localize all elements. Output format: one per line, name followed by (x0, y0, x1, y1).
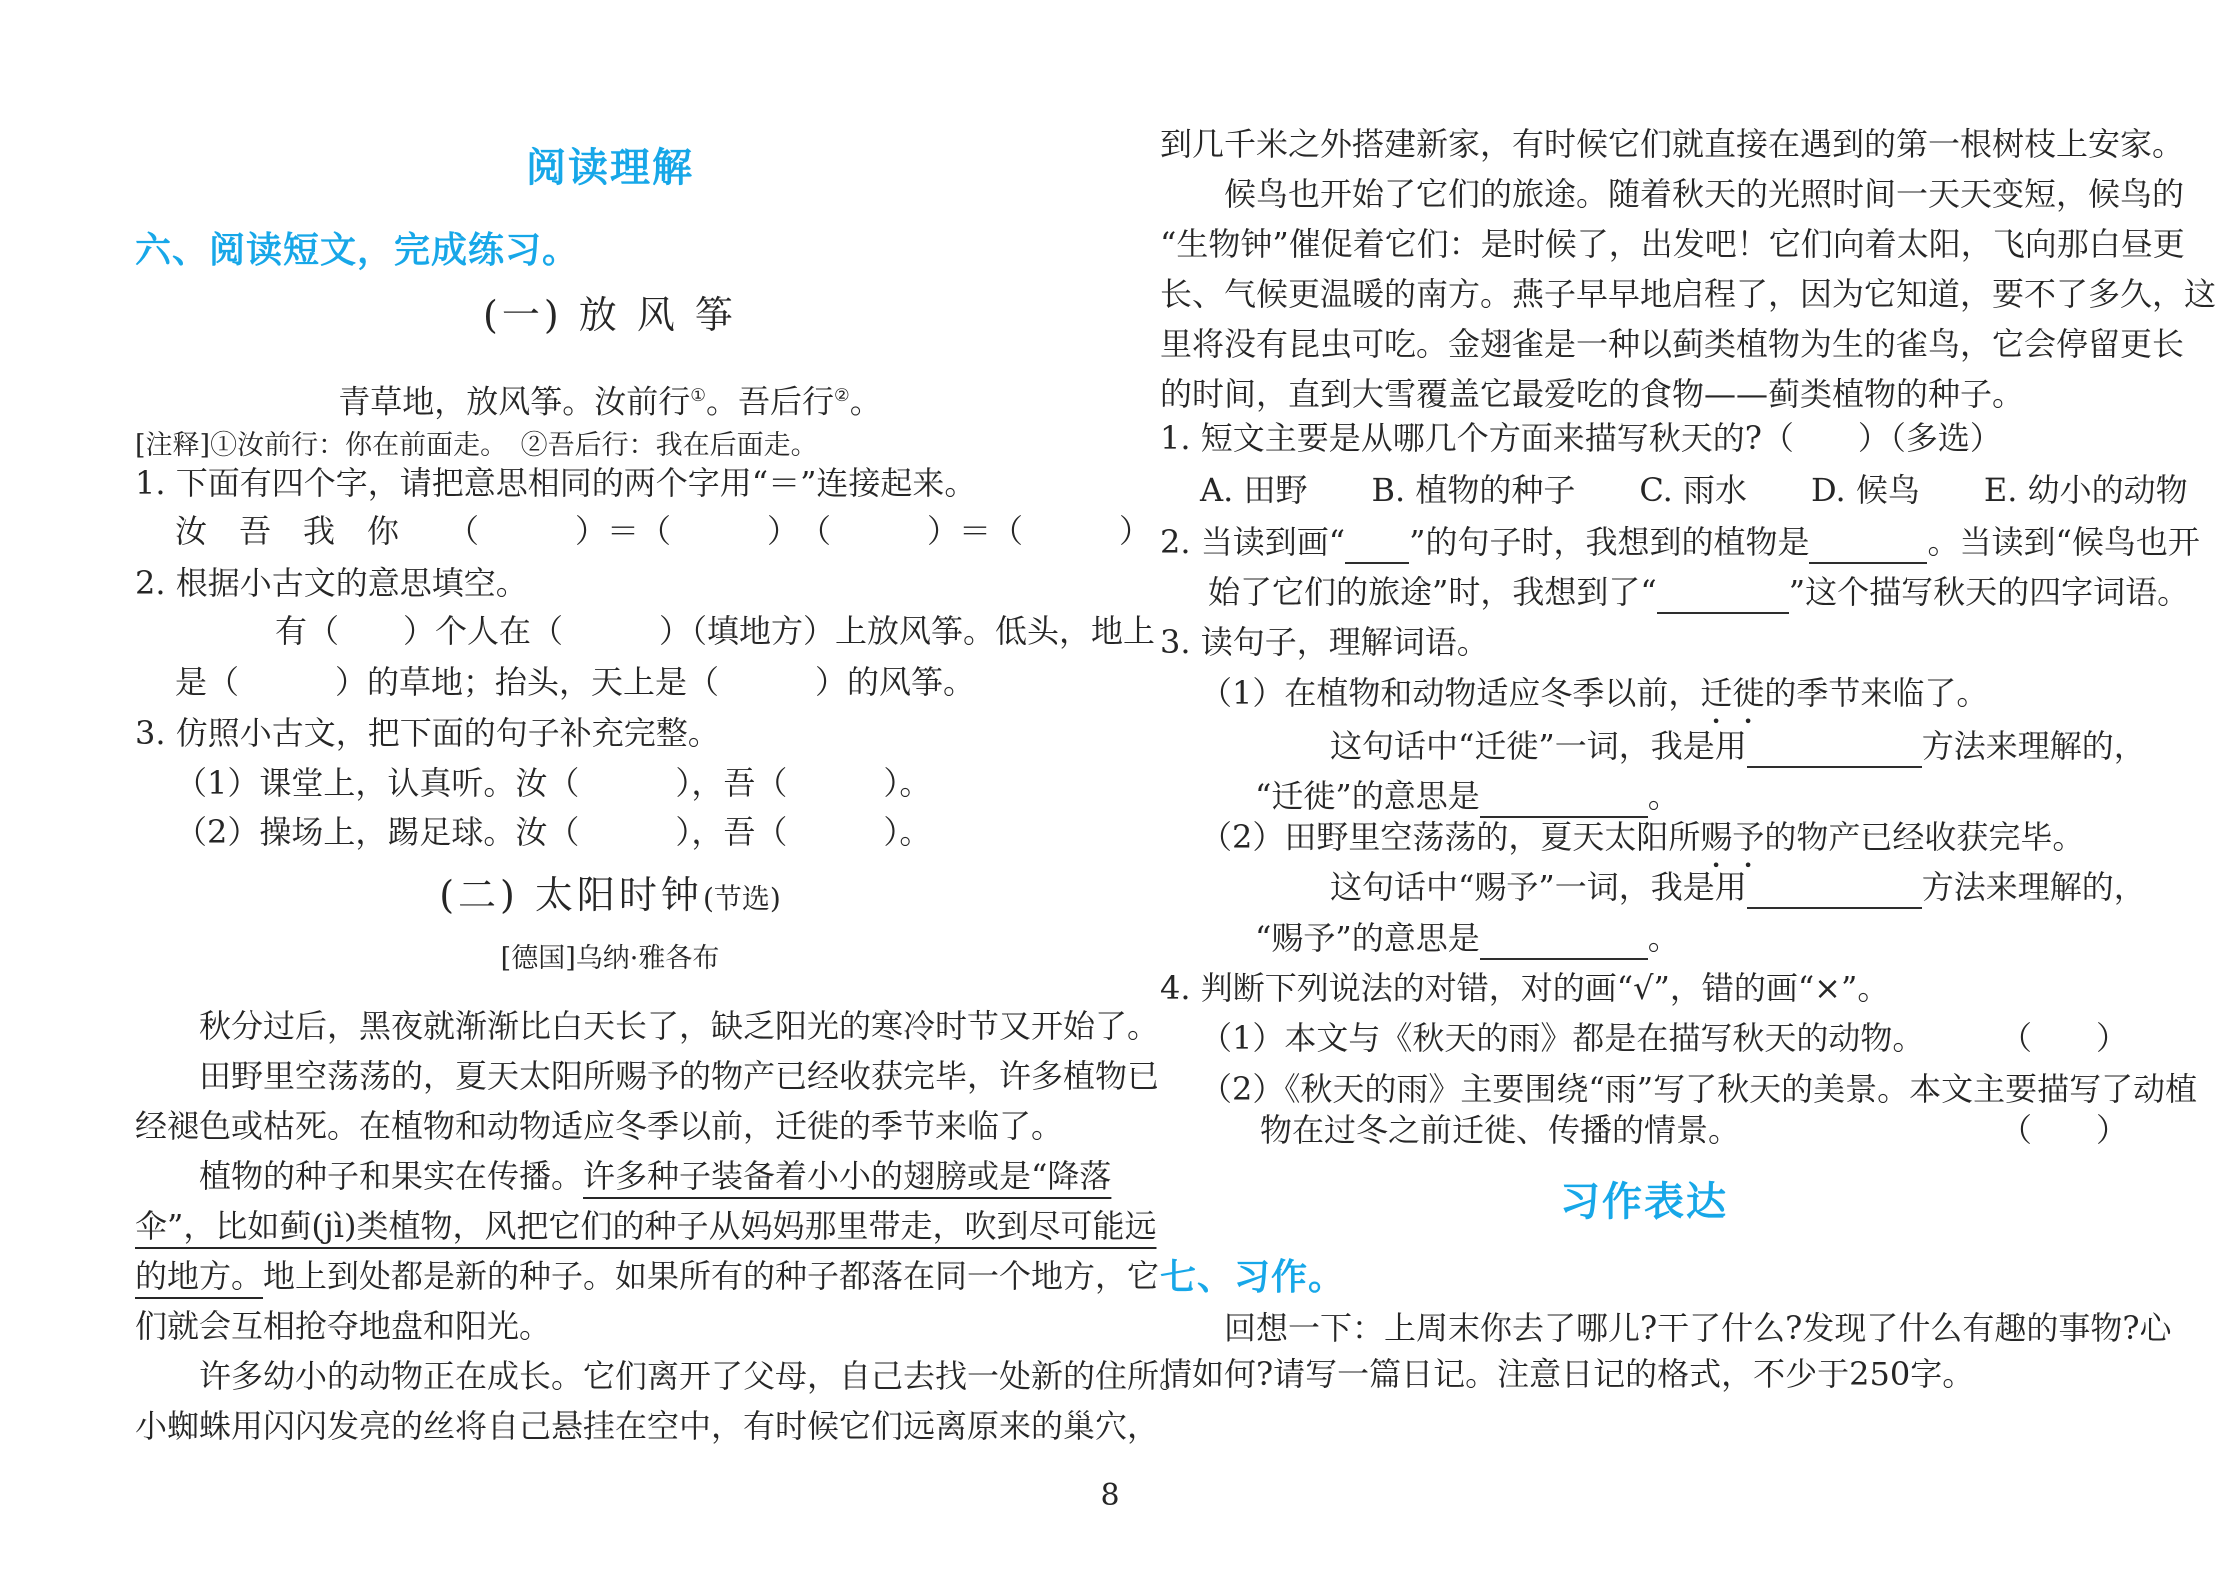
question-4-item2-line2: 物在过冬之前迁徙、传播的情景。（ ） (1160, 1108, 2128, 1152)
passage2-line: 们就会互相抢夺地盘和阳光。 (135, 1304, 1085, 1348)
right-column: 到几千米之外搭建新家，有时候它们就直接在遇到的第一根树枝上安家。 候鸟也开始了它… (1160, 0, 2128, 1571)
question-2-fill-line2: 是（ ）的草地；抬头，天上是（ ）的风筝。 (135, 660, 1085, 704)
question-4-item2-line1: （2）《秋天的雨》主要围绕“雨”写了秋天的美景。本文主要描写了动植 (1160, 1067, 2128, 1111)
question-1-match-row: 汝 吾 我 你 （ ）＝（ ） （ ）＝（ ） (135, 509, 1085, 553)
passage2-line: 经褪色或枯死。在植物和动物适应冬季以前，迁徙的季节来临了。 (135, 1104, 1085, 1148)
question-4-item1: （1）本文与《秋天的雨》都是在描写秋天的动物。（ ） (1160, 1016, 2128, 1060)
passage2-cont-line: 长、气候更温暖的南方。燕子早早地启程了，因为它知道，要不了多久，这 (1160, 272, 2128, 316)
question-3-item2-meaning: “赐予”的意思是。 (1160, 916, 2128, 960)
exercise-7-heading: 七、习作。 (1160, 1256, 2128, 1300)
emphasized-word: 迁徙 (1700, 674, 1764, 712)
passage2-cont-line: 的时间，直到大雪覆盖它最爱吃的食物——蓟类植物的种子。 (1160, 372, 2128, 416)
question-2-line1: 2. 当读到画“”的句子时，我想到的植物是。当读到“候鸟也开 (1160, 520, 2128, 564)
writing-prompt-line2: 情如何?请写一篇日记。注意日记的格式，不少于250字。 (1160, 1352, 2128, 1396)
passage2-title-excerpt: (节选) (703, 882, 781, 915)
underlined-sentence-end: 的地方。 (135, 1257, 263, 1295)
passage2-cont-line: 到几千米之外搭建新家，有时候它们就直接在遇到的第一根树枝上安家。 (1160, 122, 2128, 166)
exercise-6-heading: 六、阅读短文，完成练习。 (135, 229, 1085, 273)
question-1: 1. 下面有四个字，请把意思相同的两个字用“＝”连接起来。 (135, 461, 1085, 505)
passage2-cont-line: “生物钟”催促着它们：是时候了，出发吧！它们向着太阳，飞向那白昼更 (1160, 222, 2128, 266)
passage2-cont-line: 里将没有昆虫可吃。金翅雀是一种以蓟类植物为生的雀鸟，它会停留更长 (1160, 322, 2128, 366)
judge-parens: （ ） (2000, 1016, 2128, 1060)
passage2-line: 秋分过后，黑夜就渐渐比白天长了，缺乏阳光的寒冷时节又开始了。 (135, 1004, 1085, 1048)
fill-blank (1657, 578, 1789, 614)
footnote-marker-1: ① (690, 386, 706, 406)
footnote-marker-2: ② (834, 386, 850, 406)
fill-blank (1480, 924, 1648, 960)
passage2-author: [德国]乌纳·雅各布 (135, 937, 1085, 981)
section-heading-reading: 阅读理解 (135, 146, 1085, 190)
passage2-line: 许多幼小的动物正在成长。它们离开了父母，自己去找一处新的住所。 (135, 1354, 1085, 1398)
question-1: 1. 短文主要是从哪几个方面来描写秋天的?（ ）（多选） (1160, 416, 2128, 460)
question-2-line2: 始了它们的旅途”时，我想到了“”这个描写秋天的四字词语。 (1160, 570, 2128, 614)
passage2-line: 伞”，比如蓟(jì)类植物，风把它们的种子从妈妈那里带走，吹到尽可能远 (135, 1204, 1085, 1248)
fill-blank (1345, 528, 1409, 564)
page-number: 8 (0, 1478, 2220, 1513)
question-3: 3. 仿照小古文，把下面的句子补充完整。 (135, 711, 1085, 755)
section-heading-writing: 习作表达 (1160, 1180, 2128, 1224)
passage2-line: 植物的种子和果实在传播。许多种子装备着小小的翅膀或是“降落 (135, 1154, 1085, 1198)
question-2: 2. 根据小古文的意思填空。 (135, 561, 1085, 605)
fill-blank (1480, 782, 1648, 818)
passage2-cont-line: 候鸟也开始了它们的旅途。随着秋天的光照时间一天天变短，候鸟的 (1160, 172, 2128, 216)
writing-prompt-line1: 回想一下：上周末你去了哪儿?干了什么?发现了什么有趣的事物?心 (1160, 1306, 2128, 1350)
underlined-sentence-middle: 伞”，比如蓟(jì)类植物，风把它们的种子从妈妈那里带走，吹到尽可能远 (135, 1207, 1157, 1245)
worksheet-page: 阅读理解 六、阅读短文，完成练习。 (一) 放 风 筝 青草地，放风筝。汝前行①… (0, 0, 2220, 1571)
passage1-title: (一) 放 风 筝 (135, 293, 1085, 337)
question-3-item1-method: 这句话中“迁徙”一词，我是用方法来理解的， (1160, 724, 2128, 768)
fill-blank (1809, 528, 1927, 564)
underlined-sentence-start: 许多种子装备着小小的翅膀或是“降落 (583, 1157, 1111, 1195)
passage1-verse: 青草地，放风筝。汝前行①。吾后行②。 (135, 374, 1085, 424)
question-4: 4. 判断下列说法的对错，对的画“√”，错的画“×”。 (1160, 966, 2128, 1010)
question-1-options: A. 田野 B. 植物的种子 C. 雨水 D. 候鸟 E. 幼小的动物 (1160, 468, 2128, 512)
question-3: 3. 读句子，理解词语。 (1160, 620, 2128, 664)
fill-blank (1747, 873, 1922, 909)
emphasized-word: 赐予 (1700, 818, 1764, 856)
judge-parens: （ ） (2000, 1108, 2128, 1152)
question-3-item1-sentence: （1）在植物和动物适应冬季以前，迁徙的季节来临了。 (1160, 671, 2128, 731)
passage2-line: 小蜘蛛用闪闪发亮的丝将自己悬挂在空中，有时候它们远离原来的巢穴， (135, 1404, 1085, 1448)
question-3-item1-meaning: “迁徙”的意思是。 (1160, 774, 2128, 818)
question-3-item1: （1）课堂上，认真听。汝（ ），吾（ ）。 (135, 761, 1085, 805)
left-column: 阅读理解 六、阅读短文，完成练习。 (一) 放 风 筝 青草地，放风筝。汝前行①… (135, 0, 1085, 1571)
passage2-line: 的地方。地上到处都是新的种子。如果所有的种子都落在同一个地方，它 (135, 1254, 1085, 1298)
passage2-line: 田野里空荡荡的，夏天太阳所赐予的物产已经收获完毕，许多植物已 (135, 1054, 1085, 1098)
question-3-item2-method: 这句话中“赐予”一词，我是用方法来理解的， (1160, 865, 2128, 909)
question-2-fill-line1: 有（ ）个人在（ ）（填地方）上放风筝。低头，地上 (135, 609, 1085, 653)
passage2-title: (二) 太阳时钟(节选) (135, 873, 1085, 921)
question-3-item2: （2）操场上，踢足球。汝（ ），吾（ ）。 (135, 810, 1085, 854)
fill-blank (1747, 732, 1922, 768)
